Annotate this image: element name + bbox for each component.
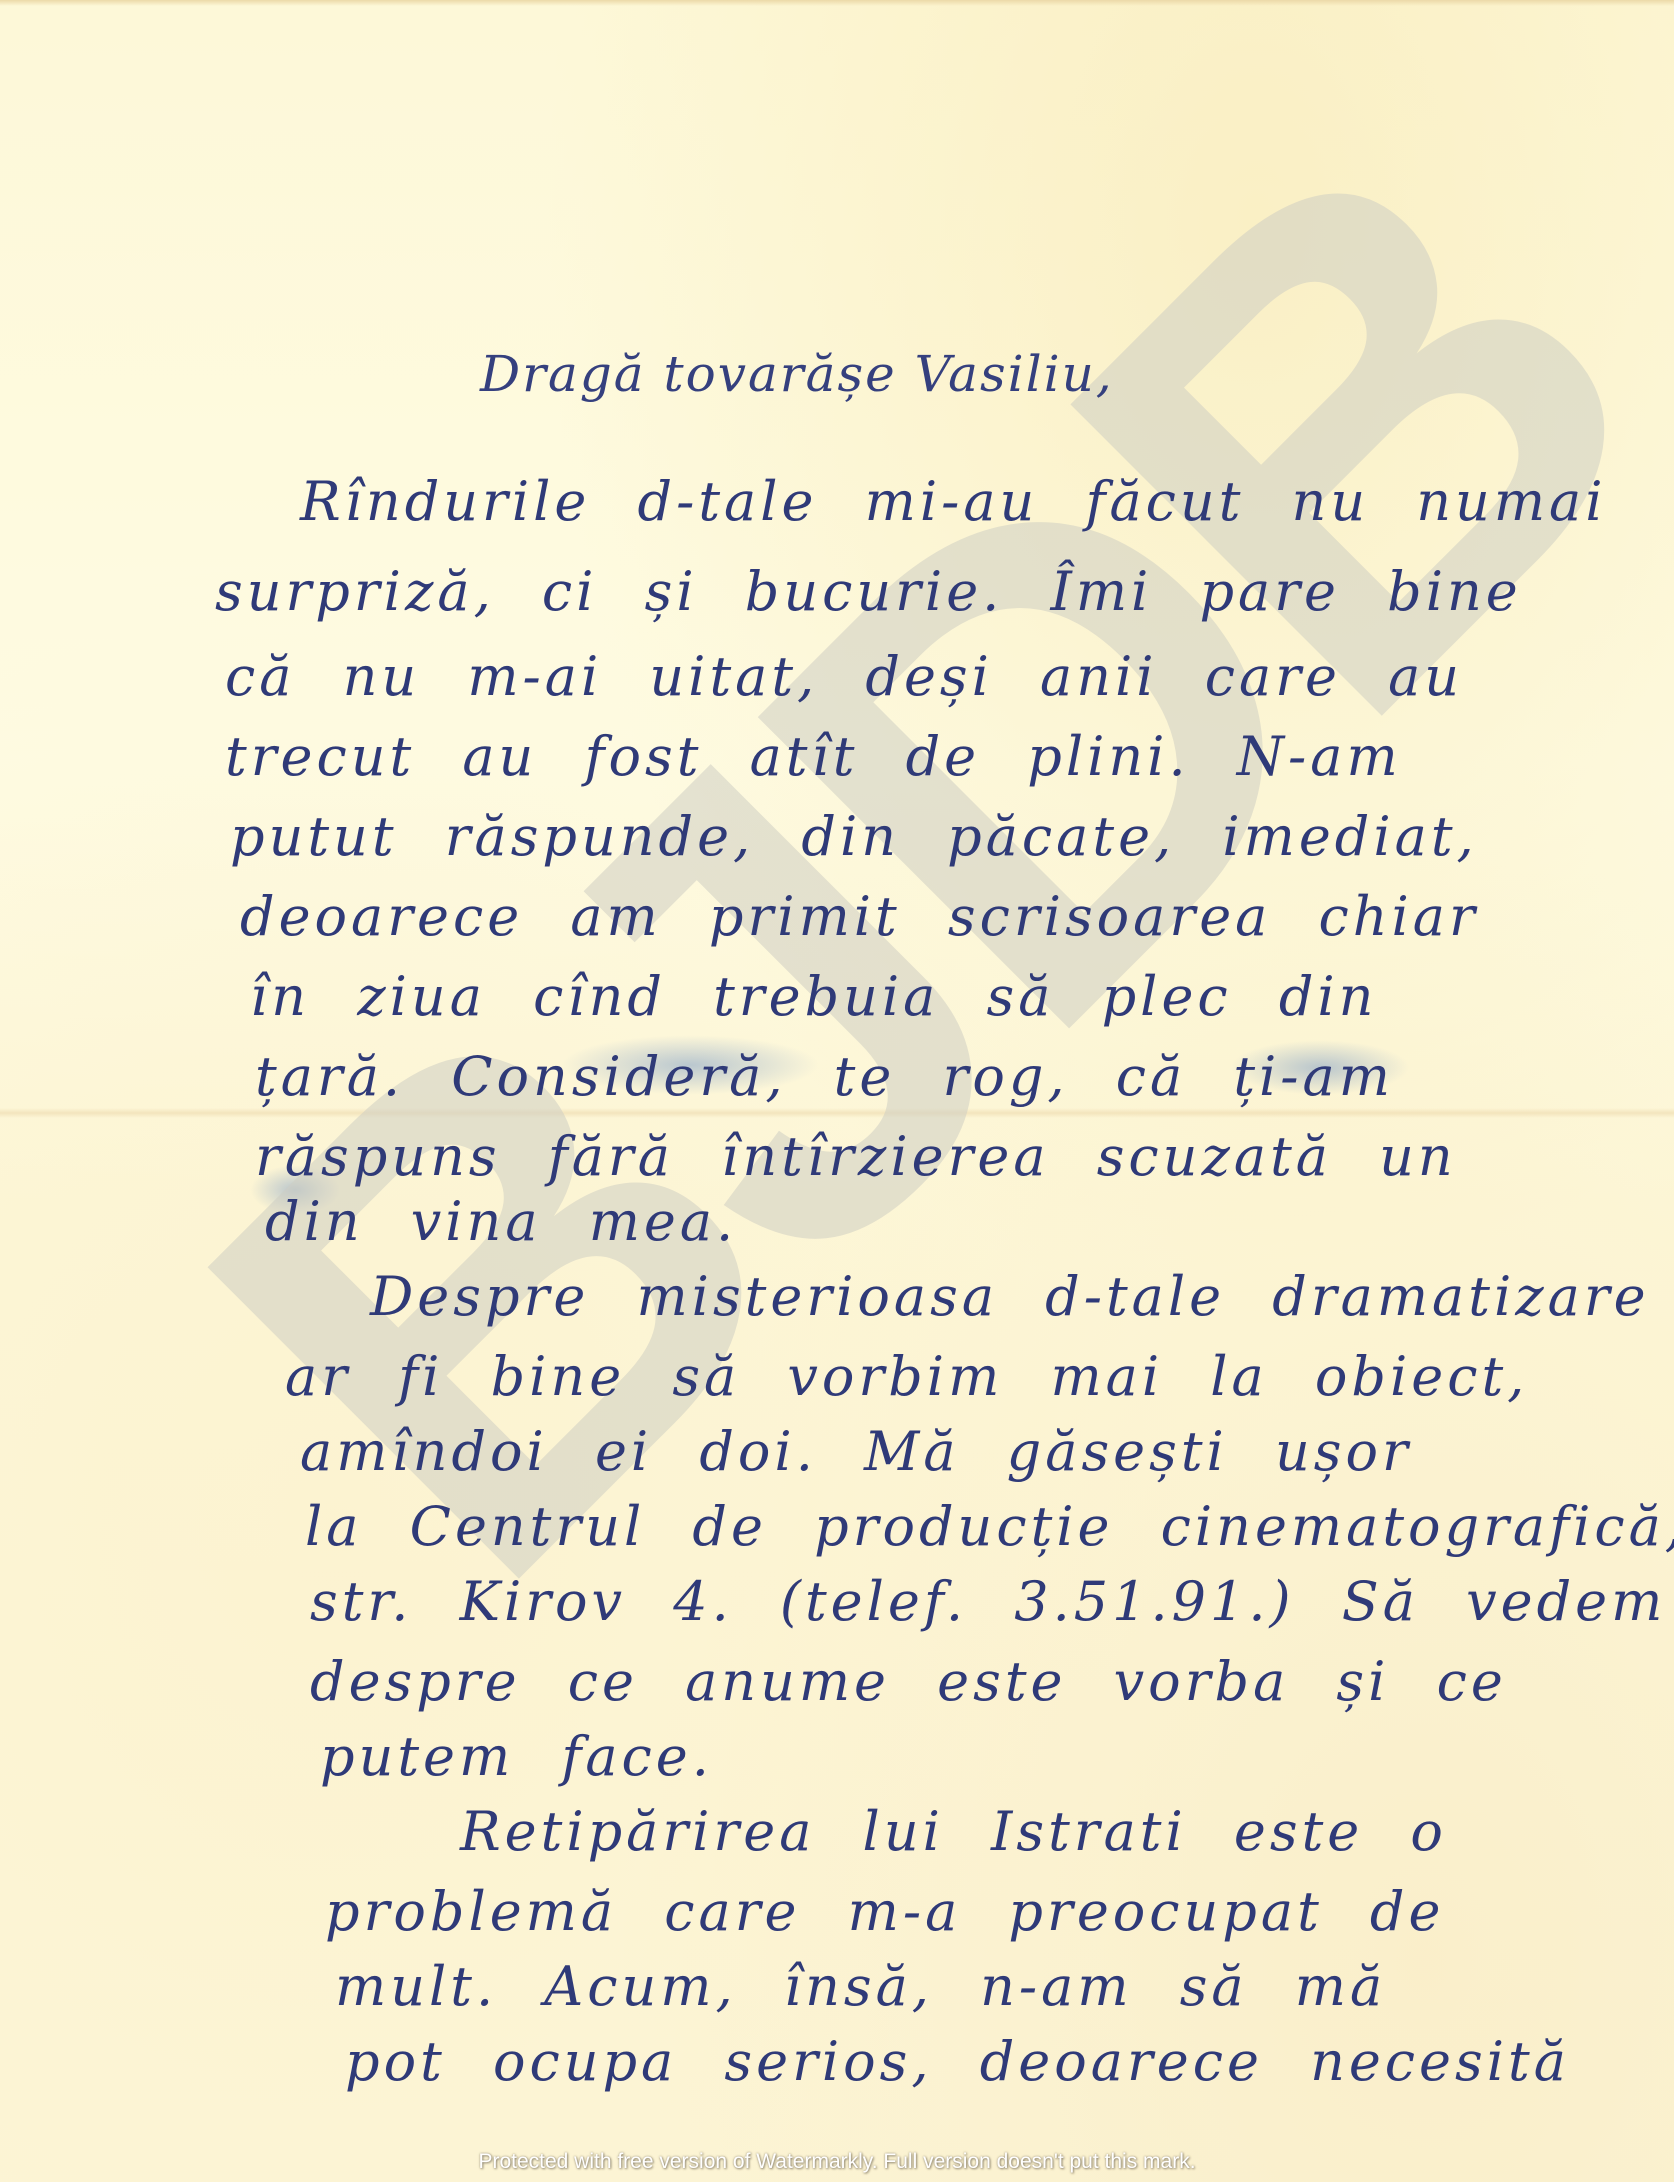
letter-line: amîndoi ei doi. Mă găsești ușor (300, 1420, 1412, 1483)
letter-line: Retipărirea lui Istrati este o (460, 1800, 1447, 1863)
letter-greeting: Dragă tovarășe Vasiliu, (480, 345, 1114, 403)
letter-line: la Centrul de producție cinematografică, (305, 1495, 1674, 1558)
letter-line: ar fi bine să vorbim mai la obiect, (285, 1345, 1528, 1408)
letter-line: problemă care m-a preocupat de (325, 1880, 1444, 1943)
letter-line: putem face. (320, 1725, 713, 1788)
letter-line: deoarece am primit scrisoarea chiar (240, 885, 1479, 948)
paper-top-edge (0, 0, 1674, 6)
letter-line: din vina mea. (265, 1190, 737, 1253)
letter-line: Rîndurile d-tale mi-au făcut nu numai (300, 470, 1607, 533)
letter-line: Despre misterioasa d-tale dramatizare (370, 1265, 1650, 1328)
letter-line: că nu m-ai uitat, deși anii care au (225, 645, 1463, 708)
letter-line: trecut au fost atît de plini. N-am (225, 725, 1402, 788)
paper-fold-line (0, 1108, 1674, 1118)
letter-page: BJDB Dragă tovarășe Vasiliu, Rîndurile d… (0, 0, 1674, 2182)
letter-line: str. Kirov 4. (telef. 3.51.91.) Să vedem (310, 1570, 1666, 1633)
letter-line: pot ocupa serios, deoarece necesită (345, 2030, 1570, 2093)
letter-line: mult. Acum, însă, n-am să mă (335, 1955, 1386, 2018)
watermarkly-notice: Protected with free version of Watermark… (0, 2150, 1674, 2174)
letter-line: răspuns fără întîrzierea scuzată un (255, 1125, 1457, 1188)
letter-line: surpriză, ci și bucurie. Îmi pare bine (215, 560, 1522, 623)
letter-line: despre ce anume este vorba și ce (310, 1650, 1507, 1713)
letter-line: în ziua cînd trebuia să plec din (250, 965, 1377, 1028)
letter-line: țară. Consideră, te rog, că ți-am (255, 1045, 1394, 1108)
letter-line: putut răspunde, din păcate, imediat, (230, 805, 1478, 868)
